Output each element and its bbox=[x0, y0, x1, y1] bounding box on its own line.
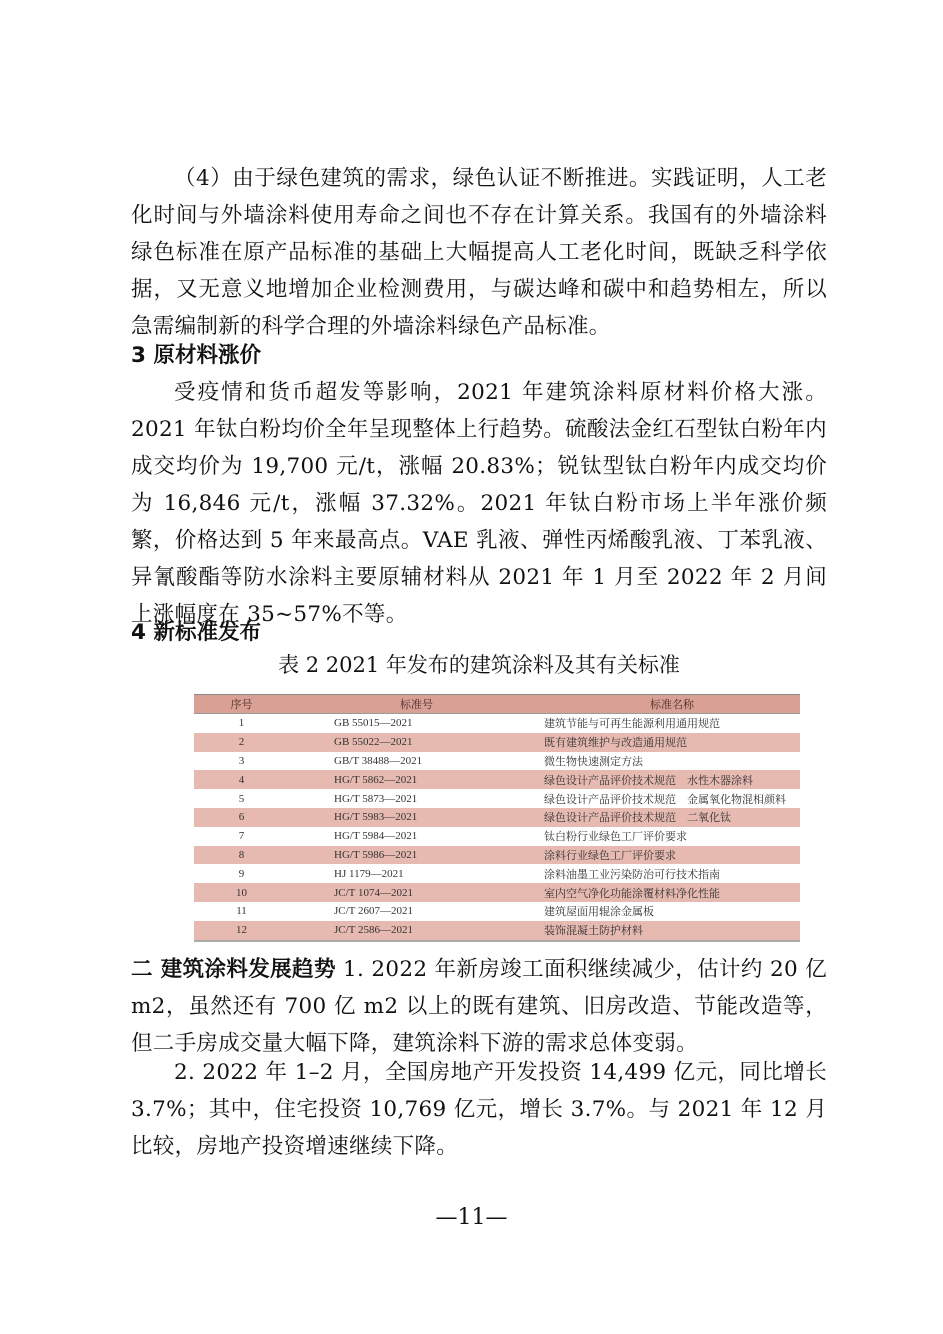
table-row: 11JC/T 2607—2021建筑屋面用辊涂金属板 bbox=[194, 902, 800, 921]
cell-name: 微生物快速测定方法 bbox=[544, 752, 800, 771]
table-row: 9HJ 1179—2021涂料油墨工业污染防治可行技术指南 bbox=[194, 864, 800, 883]
section-3-heading: 3 原材料涨价 bbox=[131, 337, 261, 374]
section-2-point-2: 2. 2022 年 1–2 月，全国房地产开发投资 14,499 亿元，同比增长… bbox=[131, 1054, 827, 1165]
cell-code: HJ 1179—2021 bbox=[289, 864, 544, 883]
table-row: 12JC/T 2586—2021装饰混凝土防护材料 bbox=[194, 921, 800, 941]
table-row: 8HG/T 5986—2021涂料行业绿色工厂评价要求 bbox=[194, 846, 800, 865]
cell-code: GB 55022—2021 bbox=[289, 733, 544, 752]
cell-code: JC/T 2586—2021 bbox=[289, 921, 544, 941]
table-row: 6HG/T 5983—2021绿色设计产品评价技术规范 二氧化钛 bbox=[194, 808, 800, 827]
cell-no: 12 bbox=[194, 921, 289, 941]
table-row: 2GB 55022—2021既有建筑维护与改造通用规范 bbox=[194, 733, 800, 752]
cell-code: HG/T 5983—2021 bbox=[289, 808, 544, 827]
cell-name: 涂料行业绿色工厂评价要求 bbox=[544, 846, 800, 865]
cell-code: HG/T 5862—2021 bbox=[289, 770, 544, 789]
cell-name: 既有建筑维护与改造通用规范 bbox=[544, 733, 800, 752]
table-row: 7HG/T 5984—2021钛白粉行业绿色工厂评价要求 bbox=[194, 827, 800, 846]
cell-name: 建筑屋面用辊涂金属板 bbox=[544, 902, 800, 921]
paragraph-green-certification: （4）由于绿色建筑的需求，绿色认证不断推进。实践证明，人工老化时间与外墙涂料使用… bbox=[131, 160, 827, 345]
table-row: 3GB/T 38488—2021微生物快速测定方法 bbox=[194, 752, 800, 771]
cell-no: 8 bbox=[194, 846, 289, 865]
cell-no: 10 bbox=[194, 883, 289, 902]
cell-name: 涂料油墨工业污染防治可行技术指南 bbox=[544, 864, 800, 883]
table-row: 1GB 55015—2021建筑节能与可再生能源利用通用规范 bbox=[194, 714, 800, 733]
cell-no: 6 bbox=[194, 808, 289, 827]
cell-code: GB/T 38488—2021 bbox=[289, 752, 544, 771]
page-number: —11— bbox=[0, 1205, 943, 1230]
table-row: 10JC/T 1074—2021室内空气净化功能涂覆材料净化性能 bbox=[194, 883, 800, 902]
cell-name: 建筑节能与可再生能源利用通用规范 bbox=[544, 714, 800, 733]
cell-name: 绿色设计产品评价技术规范 金属氧化物混相颜料 bbox=[544, 789, 800, 808]
cell-no: 5 bbox=[194, 789, 289, 808]
cell-code: GB 55015—2021 bbox=[289, 714, 544, 733]
table-row: 5HG/T 5873—2021绿色设计产品评价技术规范 金属氧化物混相颜料 bbox=[194, 789, 800, 808]
cell-name: 钛白粉行业绿色工厂评价要求 bbox=[544, 827, 800, 846]
cell-no: 1 bbox=[194, 714, 289, 733]
cell-no: 11 bbox=[194, 902, 289, 921]
cell-name: 装饰混凝土防护材料 bbox=[544, 921, 800, 941]
table-caption: 表 2 2021 年发布的建筑涂料及其有关标准 bbox=[131, 650, 827, 680]
header-code: 标准号 bbox=[289, 695, 544, 714]
section-3-body: 受疫情和货币超发等影响，2021 年建筑涂料原材料价格大涨。2021 年钛白粉均… bbox=[131, 374, 827, 633]
cell-name: 绿色设计产品评价技术规范 水性木器涂料 bbox=[544, 770, 800, 789]
section-2-heading: 二 建筑涂料发展趋势 bbox=[131, 957, 336, 982]
section-2-point-1: 二 建筑涂料发展趋势 1. 2022 年新房竣工面积继续减少，估计约 20 亿 … bbox=[131, 951, 827, 1062]
table-header-row: 序号 标准号 标准名称 bbox=[194, 695, 800, 714]
section-4-heading: 4 新标准发布 bbox=[131, 614, 261, 651]
cell-code: JC/T 1074—2021 bbox=[289, 883, 544, 902]
cell-no: 9 bbox=[194, 864, 289, 883]
standards-table: 序号 标准号 标准名称 1GB 55015—2021建筑节能与可再生能源利用通用… bbox=[194, 694, 800, 942]
cell-name: 室内空气净化功能涂覆材料净化性能 bbox=[544, 883, 800, 902]
cell-name: 绿色设计产品评价技术规范 二氧化钛 bbox=[544, 808, 800, 827]
cell-code: HG/T 5984—2021 bbox=[289, 827, 544, 846]
document-page: （4）由于绿色建筑的需求，绿色认证不断推进。实践证明，人工老化时间与外墙涂料使用… bbox=[0, 0, 943, 1334]
cell-code: HG/T 5986—2021 bbox=[289, 846, 544, 865]
cell-no: 2 bbox=[194, 733, 289, 752]
header-no: 序号 bbox=[194, 695, 289, 714]
table-row: 4HG/T 5862—2021绿色设计产品评价技术规范 水性木器涂料 bbox=[194, 770, 800, 789]
cell-code: JC/T 2607—2021 bbox=[289, 902, 544, 921]
cell-no: 4 bbox=[194, 770, 289, 789]
cell-no: 3 bbox=[194, 752, 289, 771]
cell-code: HG/T 5873—2021 bbox=[289, 789, 544, 808]
header-name: 标准名称 bbox=[544, 695, 800, 714]
cell-no: 7 bbox=[194, 827, 289, 846]
